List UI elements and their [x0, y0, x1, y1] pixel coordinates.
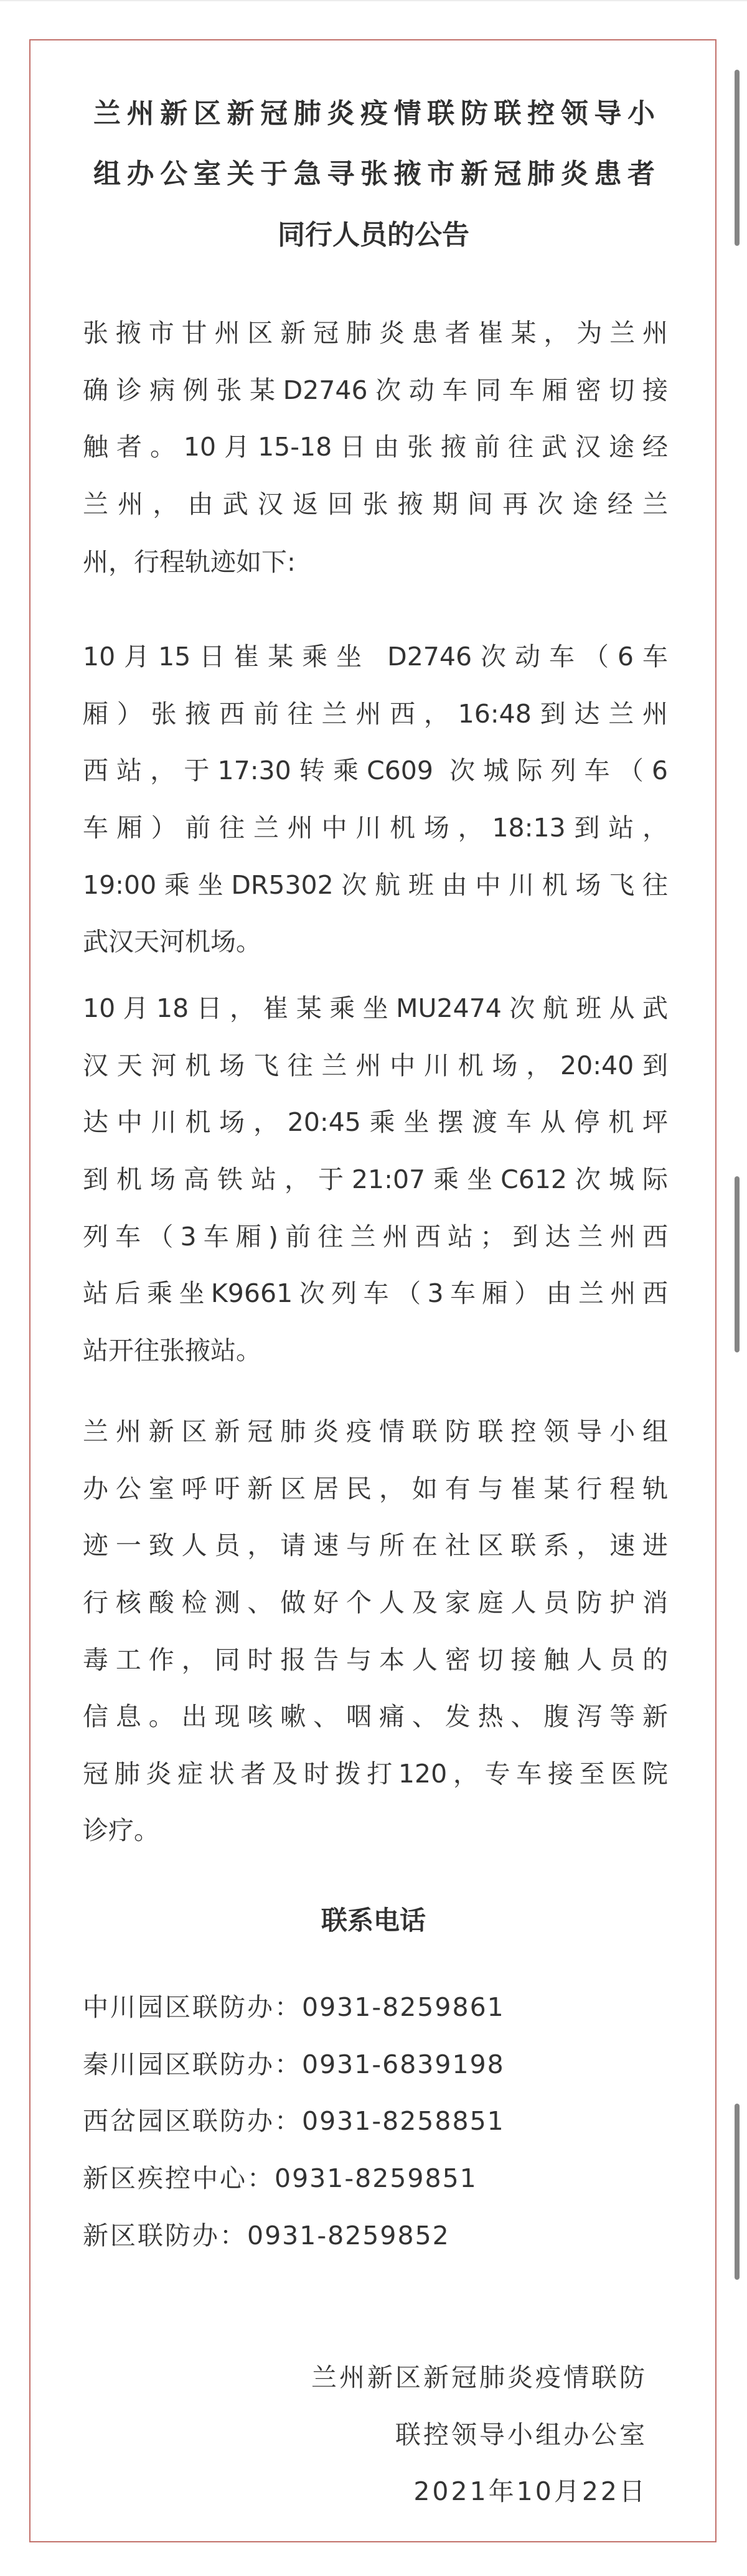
- signature-date: 2021年10月22日: [413, 2473, 647, 2510]
- contact-row: 新区联防办：0931-8259852: [83, 2217, 450, 2254]
- paragraph-line: 行核酸检测、做好个人及家庭人员防护消: [83, 1584, 668, 1621]
- contact-phone[interactable]: 0931-8258851: [302, 2106, 505, 2136]
- notice-title-line: 兰州新区新冠肺炎疫情联防联控领导小: [93, 95, 655, 133]
- contact-phone[interactable]: 0931-6839198: [302, 2049, 505, 2079]
- scrollbar-thumb[interactable]: [735, 1176, 740, 1352]
- paragraph-line: 西站，于17:30转乘C609 次城际列车（6: [83, 752, 668, 789]
- paragraph-line: 触者。10月15-18日由张掖前往武汉途经: [83, 428, 668, 466]
- paragraph-line: 信息。出现咳嗽、咽痛、发热、腹泻等新: [83, 1698, 668, 1735]
- contact-phone[interactable]: 0931-8259861: [302, 1992, 505, 2022]
- paragraph-line: 车厢）前往兰州中川机场，18:13到站，: [83, 809, 668, 846]
- top-divider: [0, 0, 747, 1]
- paragraph-line: 汉天河机场飞往兰州中川机场，20:40到: [83, 1047, 668, 1084]
- contact-label: 中川园区联防办：: [83, 1992, 302, 2022]
- paragraph-line: 诊疗。: [83, 1812, 668, 1849]
- paragraph-line: 列车（3车厢)前往兰州西站；到达兰州西: [83, 1218, 668, 1255]
- paragraph-line: 站后乘坐K9661次列车（3车厢）由兰州西: [83, 1275, 668, 1312]
- paragraph-line: 到机场高铁站，于21:07乘坐C612次城际: [83, 1161, 668, 1198]
- paragraph-line: 兰州，由武汉返回张掖期间再次途经兰: [83, 485, 668, 523]
- paragraph-line: 19:00乘坐DR5302次航班由中川机场飞往: [83, 866, 668, 904]
- contact-label: 新区疾控中心：: [83, 2163, 275, 2193]
- paragraph-line: 武汉天河机场。: [83, 923, 668, 960]
- contact-phone[interactable]: 0931-8259852: [247, 2221, 450, 2250]
- paragraph-line: 兰州新区新冠肺炎疫情联防联控领导小组: [83, 1413, 668, 1450]
- contact-row: 中川园区联防办：0931-8259861: [83, 1988, 505, 2026]
- paragraph-line: 办公室呼吁新区居民，如有与崔某行程轨: [83, 1470, 668, 1507]
- contact-label: 秦川园区联防办：: [83, 2049, 302, 2079]
- paragraph-line: 张掖市甘州区新冠肺炎患者崔某，为兰州: [83, 314, 668, 352]
- contact-label: 新区联防办：: [83, 2221, 247, 2250]
- scrollbar-thumb[interactable]: [735, 70, 740, 246]
- notice-title-line: 组办公室关于急寻张掖市新冠肺炎患者: [93, 156, 655, 193]
- contact-phone[interactable]: 0931-8259851: [275, 2163, 477, 2193]
- paragraph-line: 10月15日崔某乘坐 D2746次动车（6车: [83, 638, 668, 675]
- signature-org-line: 兰州新区新冠肺炎疫情联防: [311, 2359, 647, 2396]
- signature-org-line: 联控领导小组办公室: [395, 2416, 647, 2453]
- contact-row: 秦川园区联防办：0931-6839198: [83, 2046, 505, 2083]
- paragraph-line: 毒工作，同时报告与本人密切接触人员的: [83, 1641, 668, 1679]
- scrollbar-thumb[interactable]: [735, 2104, 740, 2280]
- contact-row: 新区疾控中心：0931-8259851: [83, 2160, 477, 2197]
- paragraph-line: 厢）张掖西前往兰州西，16:48到达兰州: [83, 695, 668, 733]
- notice-title-line: 同行人员的公告: [62, 217, 685, 254]
- paragraph-line: 10月18日，崔某乘坐MU2474次航班从武: [83, 990, 668, 1027]
- contacts-heading: 联系电话: [62, 1902, 685, 1939]
- paragraph-line: 冠肺炎症状者及时拨打120，专车接至医院: [83, 1755, 668, 1792]
- paragraph-line: 迹一致人员，请速与所在社区联系，速进: [83, 1527, 668, 1564]
- paragraph-line: 达中川机场，20:45乘坐摆渡车从停机坪: [83, 1103, 668, 1141]
- paragraph-line: 确诊病例张某D2746次动车同车厢密切接: [83, 372, 668, 409]
- paragraph-line: 州，行程轨迹如下:: [83, 543, 668, 581]
- contact-label: 西岔园区联防办：: [83, 2106, 302, 2136]
- paragraph-line: 站开往张掖站。: [83, 1332, 668, 1369]
- contact-row: 西岔园区联防办：0931-8258851: [83, 2102, 505, 2140]
